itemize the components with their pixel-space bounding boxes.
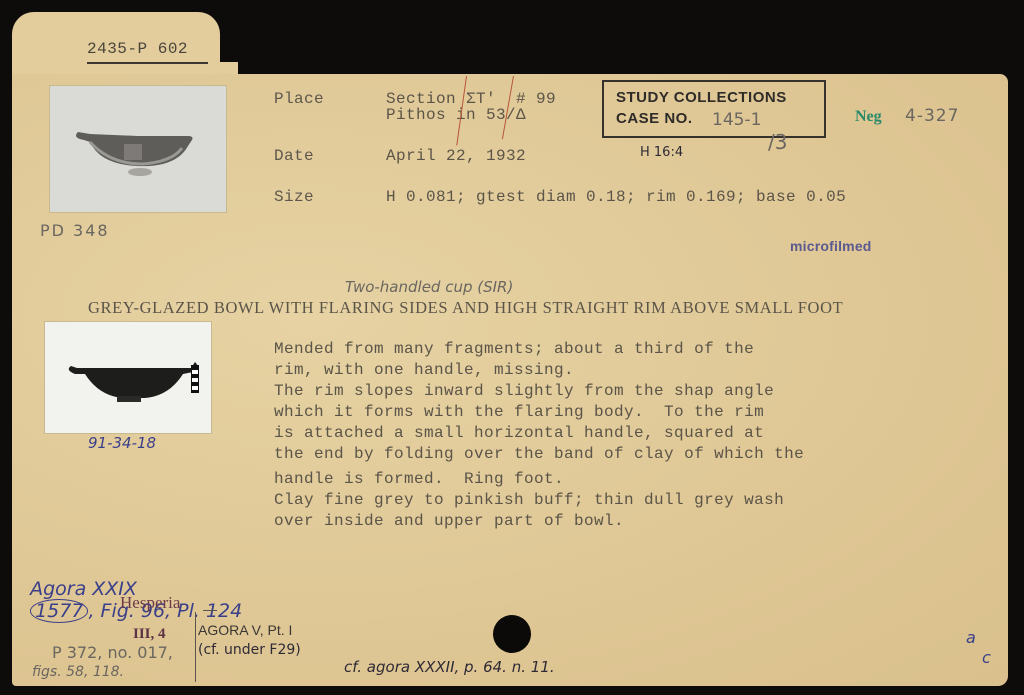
description-line: the end by folding over the band of clay…	[274, 445, 804, 463]
size-label: Size	[274, 188, 314, 206]
corner-mark: c	[982, 648, 991, 667]
description-line: Mended from many fragments; about a thir…	[274, 340, 754, 358]
agora-xxix-number: 1577	[30, 599, 88, 623]
scale-bar-icon	[191, 365, 199, 393]
date-value: April 22, 1932	[386, 147, 526, 165]
microfilmed-stamp: microfilmed	[790, 238, 872, 254]
object-title: GREY-GLAZED BOWL WITH FLARING SIDES AND …	[88, 298, 843, 318]
inventory-number: 2435-P 602	[87, 40, 227, 64]
hesperia-volume: III, 4	[133, 626, 166, 643]
size-value: H 0.081; gtest diam 0.18; rim 0.169; bas…	[386, 188, 846, 206]
agora-xxxii-reference: cf. agora XXXII, p. 64. n. 11.	[344, 658, 555, 676]
bowl-profile-photo-icon	[45, 322, 211, 433]
place-label: Place	[274, 90, 324, 108]
punch-hole	[493, 615, 531, 653]
handwritten-height: H 16:4	[640, 145, 683, 160]
description-line: over inside and upper part of bowl.	[274, 512, 624, 530]
photo2-caption: 91-34-18	[88, 434, 156, 452]
case-fraction: /3	[768, 130, 787, 154]
hesperia-underline	[203, 610, 217, 611]
hesperia-label: Hesperia	[120, 593, 180, 613]
photo-profile-view	[45, 322, 211, 433]
date-label: Date	[274, 147, 314, 165]
description-line: is attached a small horizontal handle, s…	[274, 424, 764, 442]
stamp-line1: STUDY COLLECTIONS	[616, 89, 787, 106]
hesperia-page: P 372, no. 017,	[52, 643, 173, 662]
agora-v-reference: AGORA V, Pt. I	[198, 622, 292, 638]
bowl-photo-icon	[50, 86, 226, 212]
description-line: which it forms with the flaring body. To…	[274, 403, 764, 421]
title-annotation: Two-handled cup (SIR)	[345, 278, 513, 296]
description-line: The rim slopes inward slightly from the …	[274, 382, 774, 400]
description-line: Clay fine grey to pinkish buff; thin dul…	[274, 491, 784, 509]
stamp-line2: CASE NO.	[616, 110, 693, 127]
case-number: 145-1	[712, 110, 761, 130]
hesperia-figs: figs. 58, 118.	[32, 664, 124, 680]
description-line: handle is formed. Ring foot.	[274, 470, 564, 488]
agora-v-note: (cf. under F29)	[198, 642, 301, 658]
negative-label: Neg	[855, 108, 882, 126]
corner-mark: a	[966, 628, 976, 647]
photo-side-view	[50, 86, 226, 212]
description-line: rim, with one handle, missing.	[274, 361, 574, 379]
divider-line	[195, 612, 196, 682]
negative-number: 4-327	[905, 106, 959, 126]
photo1-caption: PD 348	[40, 221, 110, 240]
